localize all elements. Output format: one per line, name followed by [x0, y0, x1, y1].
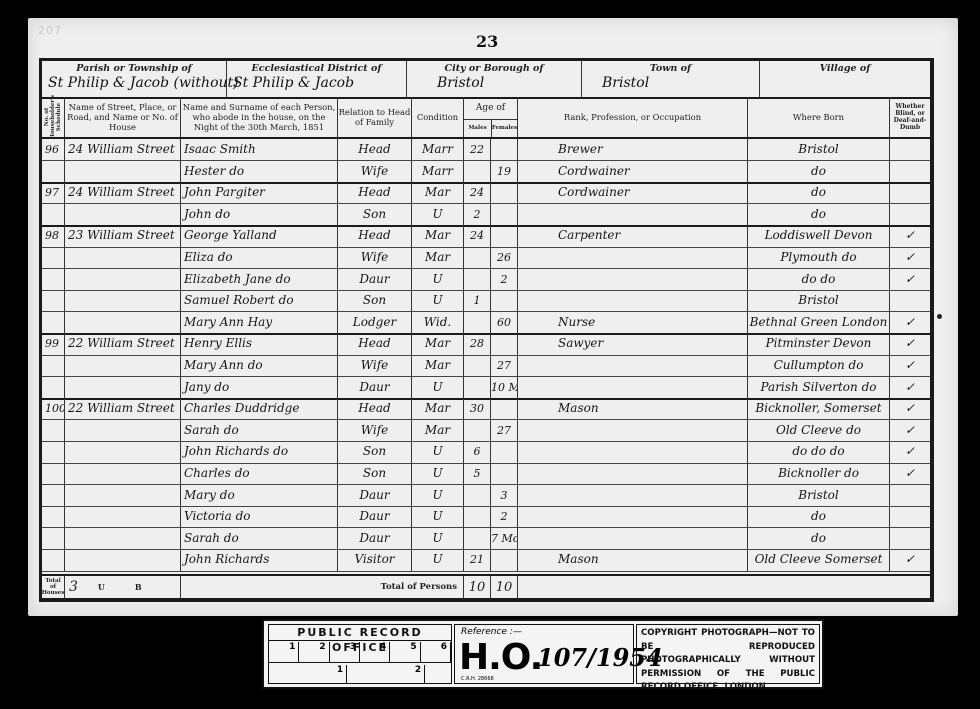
district-header: Parish or Township of St Philip & Jacob … — [42, 61, 930, 99]
cell-name: John Pargiter — [181, 182, 338, 203]
cell-born: Bicknoller do — [748, 463, 890, 484]
table-row: Sarah doWifeMar27Old Cleeve do✓ — [42, 420, 930, 442]
cell-male — [464, 420, 491, 441]
cell-born: Bristol — [748, 139, 890, 160]
census-page: 207 23 Parish or Township of St Philip &… — [28, 18, 958, 616]
column-headers: No. of Householder's Schedule Name of St… — [42, 97, 930, 139]
cell-mark: ✓ — [890, 333, 930, 354]
cell-condition: Mar — [412, 355, 464, 376]
cell-mark — [890, 161, 930, 182]
cell-born: do — [748, 182, 890, 203]
table-row: Hester doWifeMarr19Cordwainerdo — [42, 161, 930, 184]
cell-female: 3 — [491, 485, 518, 506]
cell-street: 23 William Street — [65, 225, 181, 246]
cell-born: do do do — [748, 441, 890, 462]
table-row: 10022 William StreetCharles DuddridgeHea… — [42, 398, 930, 420]
record-office-plate: PUBLIC RECORD OFFICE 1 2 3 4 5 6 1 2 Ref… — [262, 619, 824, 689]
census-form: Parish or Township of St Philip & Jacob … — [39, 58, 934, 602]
col-born: Where Born — [748, 97, 890, 137]
cell-condition: Wid. — [412, 312, 464, 333]
total-houses-label: Total of Houses — [42, 576, 65, 598]
cell-born: Bethnal Green London — [748, 312, 890, 333]
cell-occupation — [518, 485, 748, 506]
cell-street — [65, 247, 181, 268]
cell-male: 28 — [464, 333, 491, 354]
cell-condition: U — [412, 549, 464, 570]
u-label: U — [98, 582, 105, 592]
cell-street — [65, 528, 181, 549]
page-number: 23 — [476, 32, 498, 51]
cell-relation: Visitor — [338, 549, 412, 570]
cell-occupation: Cordwainer — [518, 161, 748, 182]
cell-street — [65, 355, 181, 376]
total-persons-label: Total of Persons — [181, 576, 464, 598]
cell-male: 5 — [464, 463, 491, 484]
cell-female: 10 Mo — [491, 377, 518, 398]
cell-street: 24 William Street — [65, 139, 181, 160]
cell-born: Pitminster Devon — [748, 333, 890, 354]
cell-male — [464, 528, 491, 549]
table-row: Elizabeth Jane doDaurU2do do✓ — [42, 269, 930, 291]
cell-mark: ✓ — [890, 377, 930, 398]
cell-occupation: Mason — [518, 549, 748, 570]
cell-schedule — [42, 247, 65, 268]
cell-occupation: Brewer — [518, 139, 748, 160]
cell-female — [491, 182, 518, 203]
cell-occupation — [518, 247, 748, 268]
cell-mark: ✓ — [890, 420, 930, 441]
cell-schedule — [42, 204, 65, 225]
cell-born: do — [748, 161, 890, 182]
cell-mark: ✓ — [890, 225, 930, 246]
cell-name: Eliza do — [181, 247, 338, 268]
cell-relation: Daur — [338, 269, 412, 290]
cell-street — [65, 161, 181, 182]
cell-schedule — [42, 420, 65, 441]
table-row: Jany doDaurU10 MoParish Silverton do✓ — [42, 377, 930, 400]
cell-male — [464, 312, 491, 333]
parish-cell: Parish or Township of St Philip & Jacob … — [42, 61, 227, 97]
cell-mark — [890, 290, 930, 311]
ruler-tick: 1 — [269, 642, 299, 662]
cell-condition: Mar — [412, 247, 464, 268]
cell-condition: U — [412, 377, 464, 398]
col-condition: Condition — [412, 97, 464, 137]
cell-relation: Daur — [338, 377, 412, 398]
office-name: PUBLIC RECORD OFFICE — [269, 625, 451, 641]
cell-schedule: 97 — [42, 182, 65, 203]
cell-female: 2 — [491, 506, 518, 527]
cell-name: Jany do — [181, 377, 338, 398]
cell-schedule — [42, 290, 65, 311]
cell-female — [491, 225, 518, 246]
cell-schedule — [42, 312, 65, 333]
cell-female — [491, 398, 518, 419]
col-name: Name and Surname of each Person, who abo… — [181, 97, 338, 137]
cell-female: 27 — [491, 355, 518, 376]
cell-schedule — [42, 506, 65, 527]
table-row: 9823 William StreetGeorge YallandHeadMar… — [42, 225, 930, 247]
cell-mark: ✓ — [890, 463, 930, 484]
cell-relation: Daur — [338, 528, 412, 549]
cell-female: 26 — [491, 247, 518, 268]
cell-mark — [890, 204, 930, 225]
cell-schedule: 98 — [42, 225, 65, 246]
cell-schedule — [42, 269, 65, 290]
cell-street — [65, 290, 181, 311]
cell-condition: U — [412, 506, 464, 527]
col-blind: Whether Blind, or Deaf-and-Dumb — [890, 97, 930, 137]
males-label: Males — [464, 119, 492, 137]
cell-name: Victoria do — [181, 506, 338, 527]
cell-street — [65, 441, 181, 462]
cell-male: 22 — [464, 139, 491, 160]
cell-mark: ✓ — [890, 312, 930, 333]
ecclesiastical-label: Ecclesiastical District of — [227, 63, 406, 74]
cell-born: Cullumpton do — [748, 355, 890, 376]
cell-schedule — [42, 549, 65, 570]
cell-name: Samuel Robert do — [181, 290, 338, 311]
folio-number: 207 — [38, 24, 62, 37]
cell-condition: Mar — [412, 225, 464, 246]
cell-name: John Richards do — [181, 441, 338, 462]
table-row: John doSonU2do — [42, 204, 930, 227]
cell-born: Old Cleeve do — [748, 420, 890, 441]
cell-street — [65, 204, 181, 225]
ruler-tick: 2 — [347, 665, 425, 683]
cell-street: 24 William Street — [65, 182, 181, 203]
cell-female: 19 — [491, 161, 518, 182]
cell-condition: Mar — [412, 182, 464, 203]
cell-male: 24 — [464, 182, 491, 203]
cell-relation: Daur — [338, 485, 412, 506]
houses-summary: 3 U B — [65, 576, 181, 598]
col-occupation: Rank, Profession, or Occupation — [518, 97, 748, 137]
table-row: Mary Ann HayLodgerWid.60NurseBethnal Gre… — [42, 312, 930, 335]
village-cell: Village of — [760, 61, 930, 97]
table-row: Samuel Robert doSonU1Bristol — [42, 290, 930, 312]
cell-born: Plymouth do — [748, 247, 890, 268]
cell-mark — [890, 485, 930, 506]
cell-street — [65, 269, 181, 290]
cell-schedule: 96 — [42, 139, 65, 160]
cell-schedule — [42, 377, 65, 398]
cell-condition: U — [412, 441, 464, 462]
cell-street — [65, 485, 181, 506]
cell-name: George Yalland — [181, 225, 338, 246]
cell-occupation — [518, 204, 748, 225]
cell-condition: U — [412, 528, 464, 549]
cell-born: Bristol — [748, 290, 890, 311]
town-value: Bristol — [582, 75, 759, 91]
cell-female: 7 Mo — [491, 528, 518, 549]
cell-condition: Mar — [412, 398, 464, 419]
cell-male — [464, 377, 491, 398]
cell-occupation: Mason — [518, 398, 748, 419]
cell-occupation — [518, 290, 748, 311]
ruler-tick: 6 — [421, 642, 451, 662]
cell-relation: Son — [338, 441, 412, 462]
cell-female: 60 — [491, 312, 518, 333]
cell-relation: Wife — [338, 247, 412, 268]
cell-street — [65, 463, 181, 484]
city-value: Bristol — [407, 75, 581, 91]
cell-schedule — [42, 161, 65, 182]
cell-male: 2 — [464, 204, 491, 225]
cell-male: 24 — [464, 225, 491, 246]
cell-name: Mary Ann do — [181, 355, 338, 376]
ruler-inch: 1 2 — [269, 665, 451, 683]
reference-prefix: H.O. — [459, 637, 542, 678]
ruler-tick: 2 — [299, 642, 329, 662]
age-label: Age of — [464, 97, 517, 120]
cell-occupation — [518, 269, 748, 290]
table-row: Charles doSonU5Bicknoller do✓ — [42, 463, 930, 485]
city-label: City or Borough of — [407, 63, 581, 74]
table-row: John RichardsVisitorU21MasonOld Cleeve S… — [42, 549, 930, 571]
cell-male — [464, 247, 491, 268]
col-relation: Relation to Head of Family — [338, 97, 412, 137]
table-row: John Richards doSonU6do do do✓ — [42, 441, 930, 463]
cell-female: 2 — [491, 269, 518, 290]
cell-name: Sarah do — [181, 420, 338, 441]
cell-condition: U — [412, 463, 464, 484]
cell-female — [491, 441, 518, 462]
cell-street — [65, 312, 181, 333]
cell-male — [464, 161, 491, 182]
cell-schedule: 100 — [42, 398, 65, 419]
copyright-notice: COPYRIGHT PHOTOGRAPH—NOT TO BE REPRODUCE… — [636, 624, 820, 684]
parish-label: Parish or Township of — [42, 63, 226, 74]
cell-male: 30 — [464, 398, 491, 419]
cell-female — [491, 290, 518, 311]
cell-born: do — [748, 506, 890, 527]
ruler-cm: 1 2 3 4 5 6 — [269, 642, 451, 663]
cell-name: Mary Ann Hay — [181, 312, 338, 333]
cell-relation: Wife — [338, 355, 412, 376]
form-footer: Total of Houses 3 U B Total of Persons 1… — [42, 574, 930, 598]
cell-mark — [890, 506, 930, 527]
cell-mark: ✓ — [890, 247, 930, 268]
cell-condition: Mar — [412, 333, 464, 354]
cell-mark — [890, 182, 930, 203]
cell-name: John do — [181, 204, 338, 225]
cell-name: Mary do — [181, 485, 338, 506]
ruler-tick: 5 — [390, 642, 420, 662]
cell-street — [65, 506, 181, 527]
cell-name: Charles do — [181, 463, 338, 484]
cell-female — [491, 204, 518, 225]
cell-relation: Lodger — [338, 312, 412, 333]
cell-occupation: Sawyer — [518, 333, 748, 354]
cell-mark: ✓ — [890, 398, 930, 419]
cell-schedule — [42, 528, 65, 549]
cell-mark: ✓ — [890, 549, 930, 570]
cell-schedule — [42, 355, 65, 376]
cell-street: 22 William Street — [65, 333, 181, 354]
cell-male: 1 — [464, 290, 491, 311]
cell-male: 21 — [464, 549, 491, 570]
cell-name: Henry Ellis — [181, 333, 338, 354]
cell-born: do — [748, 204, 890, 225]
cell-occupation — [518, 528, 748, 549]
cell-schedule — [42, 441, 65, 462]
cell-name: Elizabeth Jane do — [181, 269, 338, 290]
b-label: B — [135, 582, 142, 592]
table-row: 9624 William StreetIsaac SmithHeadMarr22… — [42, 139, 930, 161]
col-street: Name of Street, Place, or Road, and Name… — [65, 97, 181, 137]
cell-born: do do — [748, 269, 890, 290]
cell-female — [491, 333, 518, 354]
cell-relation: Head — [338, 182, 412, 203]
reference-code: C.R.H. 28668 — [461, 676, 494, 682]
cell-name: Charles Duddridge — [181, 398, 338, 419]
punch-hole — [937, 314, 942, 319]
cell-occupation: Cordwainer — [518, 182, 748, 203]
cell-condition: Mar — [412, 420, 464, 441]
city-cell: City or Borough of Bristol — [407, 61, 582, 97]
cell-relation: Head — [338, 225, 412, 246]
cell-relation: Head — [338, 398, 412, 419]
cell-street — [65, 377, 181, 398]
cell-occupation — [518, 420, 748, 441]
total-females: 10 — [491, 576, 518, 598]
total-males: 10 — [464, 576, 491, 598]
cell-name: Hester do — [181, 161, 338, 182]
ruler-tick: 4 — [360, 642, 390, 662]
cell-schedule — [42, 463, 65, 484]
cell-occupation: Nurse — [518, 312, 748, 333]
cell-street — [65, 549, 181, 570]
table-row: Mary doDaurU3Bristol — [42, 485, 930, 507]
cell-male — [464, 355, 491, 376]
cell-condition: U — [412, 269, 464, 290]
cell-mark — [890, 528, 930, 549]
cell-male — [464, 485, 491, 506]
cell-name: Isaac Smith — [181, 139, 338, 160]
ecclesiastical-cell: Ecclesiastical District of St Philip & J… — [227, 61, 407, 97]
table-row: 9724 William StreetJohn PargiterHeadMar2… — [42, 182, 930, 204]
cell-male — [464, 506, 491, 527]
cell-condition: Marr — [412, 161, 464, 182]
cell-born: Loddiswell Devon — [748, 225, 890, 246]
cell-relation: Head — [338, 333, 412, 354]
cell-schedule: 99 — [42, 333, 65, 354]
cell-relation: Wife — [338, 161, 412, 182]
cell-condition: U — [412, 485, 464, 506]
cell-relation: Son — [338, 204, 412, 225]
cell-relation: Head — [338, 139, 412, 160]
cell-condition: Marr — [412, 139, 464, 160]
cell-male: 6 — [464, 441, 491, 462]
cell-mark — [890, 139, 930, 160]
cell-relation: Son — [338, 290, 412, 311]
cell-born: do — [748, 528, 890, 549]
total-houses-value: 3 — [69, 579, 78, 595]
cell-female: 27 — [491, 420, 518, 441]
cell-relation: Son — [338, 463, 412, 484]
cell-born: Old Cleeve Somerset — [748, 549, 890, 570]
cell-occupation — [518, 355, 748, 376]
cell-schedule — [42, 485, 65, 506]
reference-panel: Reference :— H.O. 107/1954 C.R.H. 28668 — [454, 624, 634, 684]
cell-occupation — [518, 377, 748, 398]
table-row: Eliza doWifeMar26Plymouth do✓ — [42, 247, 930, 269]
ruler-tick: 1 — [269, 665, 347, 683]
females-label: Females — [491, 119, 518, 137]
cell-born: Parish Silverton do — [748, 377, 890, 398]
table-row: Victoria doDaurU2do — [42, 506, 930, 528]
cell-born: Bicknoller, Somerset — [748, 398, 890, 419]
cell-street — [65, 420, 181, 441]
cell-female — [491, 463, 518, 484]
cell-name: John Richards — [181, 549, 338, 570]
parish-value: St Philip & Jacob (without) — [42, 75, 226, 91]
col-schedule: No. of Householder's Schedule — [42, 97, 65, 137]
cell-condition: U — [412, 204, 464, 225]
ruler-tick: 3 — [330, 642, 360, 662]
ruler-panel: PUBLIC RECORD OFFICE 1 2 3 4 5 6 1 2 — [268, 624, 452, 684]
cell-male — [464, 269, 491, 290]
reference-label: Reference :— — [461, 627, 522, 637]
cell-mark: ✓ — [890, 269, 930, 290]
cell-occupation — [518, 463, 748, 484]
cell-street: 22 William Street — [65, 398, 181, 419]
cell-mark: ✓ — [890, 355, 930, 376]
ecclesiastical-value: St Philip & Jacob — [227, 75, 406, 91]
cell-born: Bristol — [748, 485, 890, 506]
table-row: 9922 William StreetHenry EllisHeadMar28S… — [42, 333, 930, 355]
cell-female — [491, 139, 518, 160]
town-cell: Town of Bristol — [582, 61, 760, 97]
cell-occupation: Carpenter — [518, 225, 748, 246]
cell-relation: Wife — [338, 420, 412, 441]
cell-occupation — [518, 441, 748, 462]
cell-relation: Daur — [338, 506, 412, 527]
cell-occupation — [518, 506, 748, 527]
ruler-tick — [425, 665, 451, 683]
town-label: Town of — [582, 63, 759, 74]
cell-condition: U — [412, 290, 464, 311]
cell-name: Sarah do — [181, 528, 338, 549]
village-label: Village of — [760, 63, 930, 74]
cell-mark: ✓ — [890, 441, 930, 462]
cell-female — [491, 549, 518, 570]
col-age: Age of Males Females — [464, 97, 518, 137]
table-row: Sarah doDaurU7 Modo — [42, 528, 930, 550]
table-row: Mary Ann doWifeMar27Cullumpton do✓ — [42, 355, 930, 377]
